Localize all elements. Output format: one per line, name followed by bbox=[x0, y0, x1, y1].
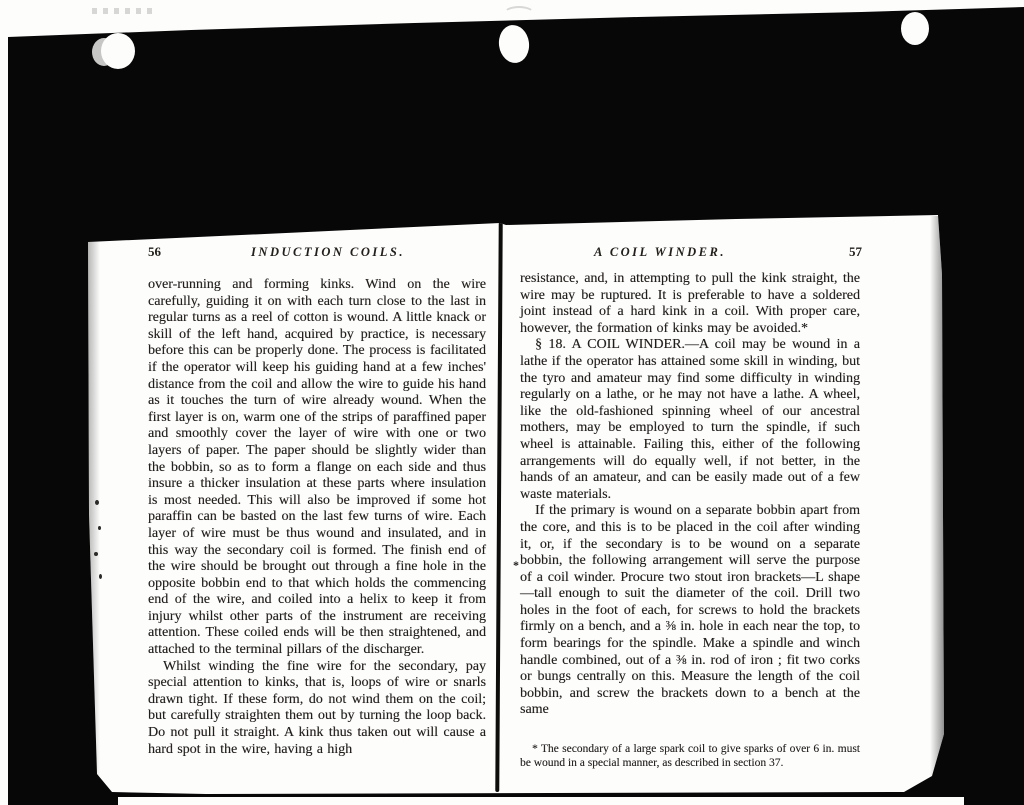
paragraph: resistance, and, in attempting to pull t… bbox=[520, 271, 860, 337]
scanned-book-photocopy: 56 INDUCTION COILS. over-running and for… bbox=[0, 0, 1024, 805]
paragraph: If the primary is wound on a separate bo… bbox=[520, 503, 860, 719]
ink-speck bbox=[98, 526, 101, 530]
book-spread: 56 INDUCTION COILS. over-running and for… bbox=[86, 214, 944, 794]
punch-hole-icon bbox=[901, 12, 929, 45]
paragraph: § 18. A COIL WINDER.—A coil may be wound… bbox=[520, 337, 860, 503]
page-edge-shadow-right bbox=[924, 216, 944, 788]
ink-speck bbox=[95, 500, 99, 505]
paper-strip-bottom bbox=[118, 797, 964, 805]
footnote: * The secondary of a large spark coil to… bbox=[520, 742, 860, 770]
right-page-text-column: resistance, and, in attempting to pull t… bbox=[520, 271, 860, 719]
ghost-mark bbox=[503, 6, 535, 22]
footnote-reference-mark: * bbox=[513, 558, 519, 573]
running-head-right: A COIL WINDER. bbox=[520, 245, 800, 260]
page-number-right: 57 bbox=[849, 244, 862, 260]
page-number-left: 56 bbox=[148, 244, 161, 260]
ink-speck bbox=[94, 552, 98, 556]
punch-hole-icon bbox=[101, 33, 135, 69]
page-gutter-line bbox=[495, 222, 502, 792]
ink-speck bbox=[99, 574, 102, 579]
running-head-left: INDUCTION COILS. bbox=[168, 245, 488, 260]
toner-smudge bbox=[92, 8, 158, 14]
paragraph: Whilst winding the fine wire for the sec… bbox=[148, 659, 486, 759]
left-page-text-column: over-running and forming kinks. Wind on … bbox=[148, 277, 486, 758]
paragraph: over-running and forming kinks. Wind on … bbox=[148, 277, 486, 659]
